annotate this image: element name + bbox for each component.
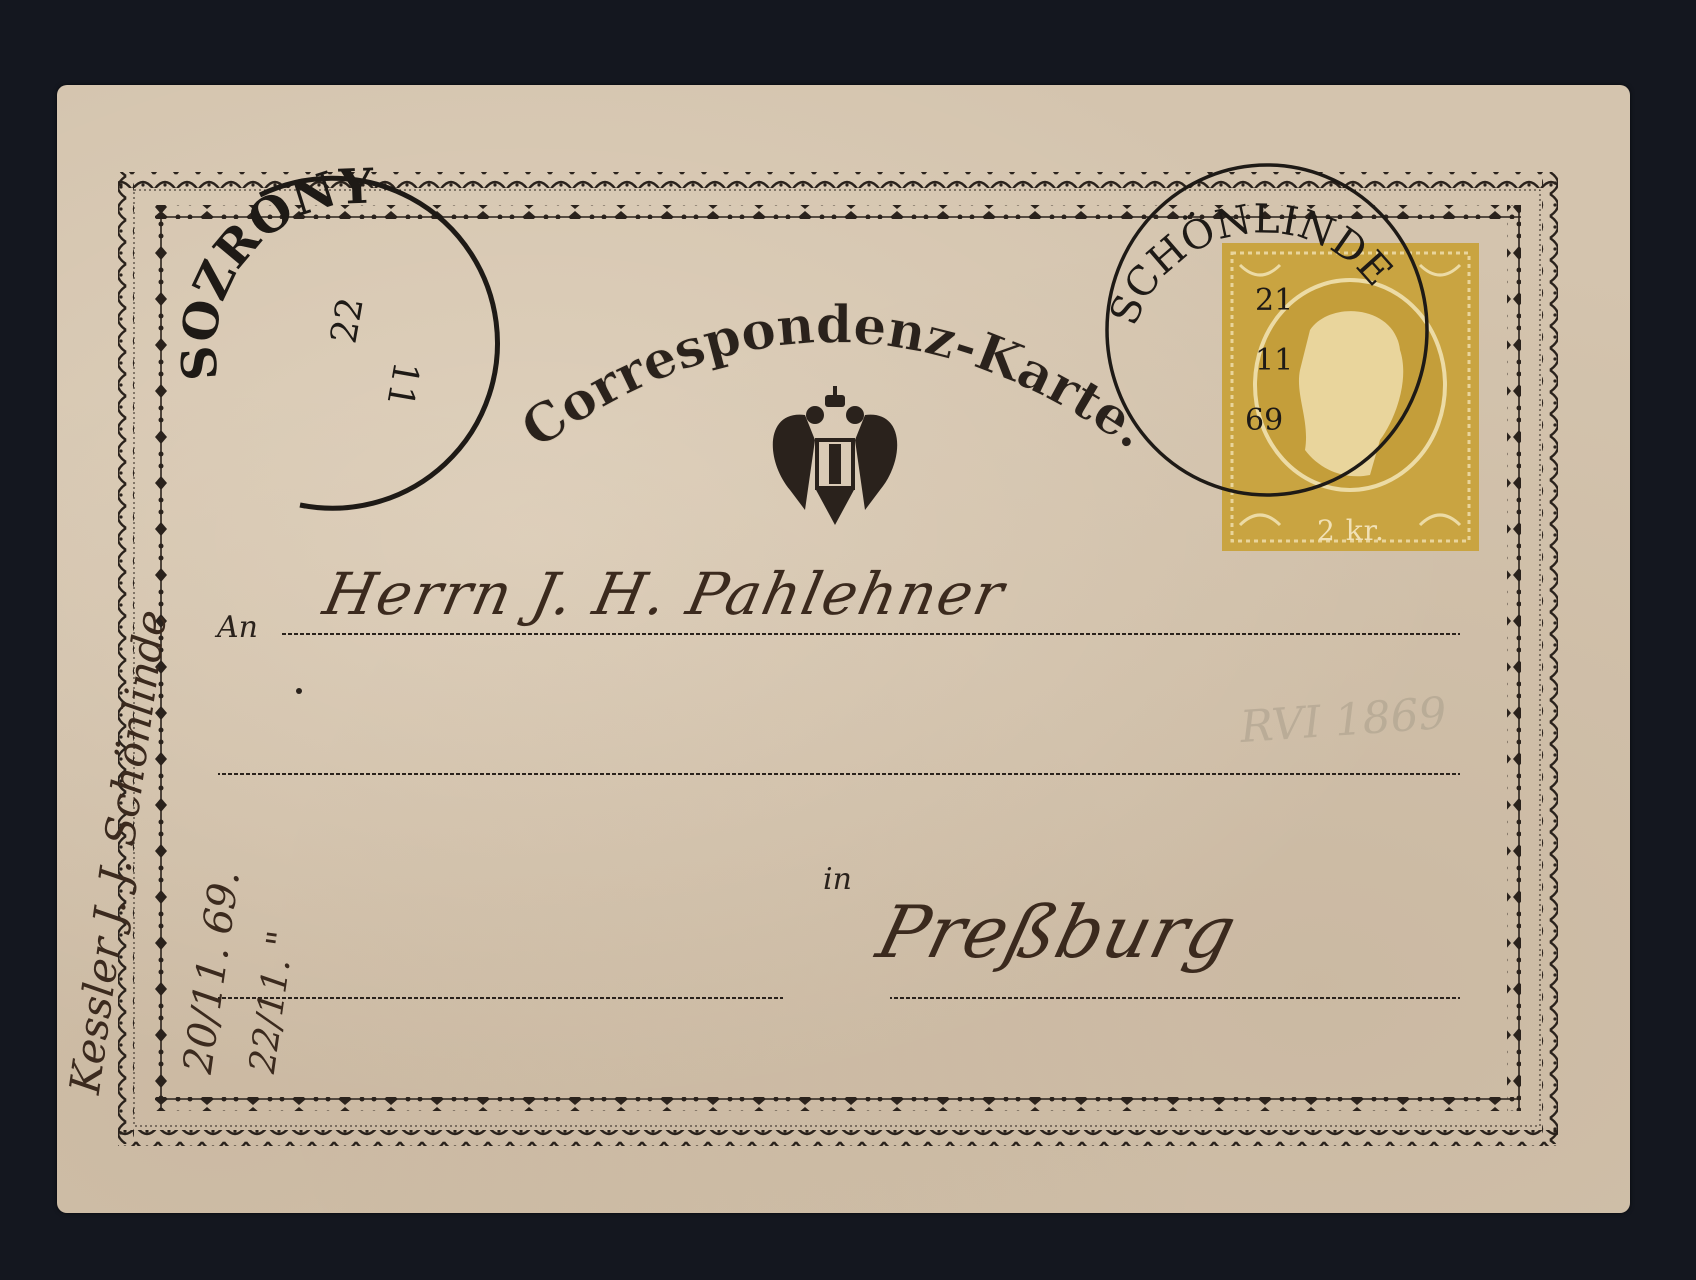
stamp-value: 2 kr. [1317, 514, 1385, 547]
svg-text:22: 22 [323, 294, 371, 346]
svg-text:11: 11 [378, 358, 426, 410]
address-label: An [217, 610, 258, 645]
svg-text:69: 69 [1245, 403, 1283, 438]
svg-text:11: 11 [1255, 343, 1293, 378]
addressee-handwritten: Herrn J. H. Pahlehner [318, 560, 1012, 628]
city-label: in [823, 862, 852, 897]
city-handwritten: Preßburg [870, 890, 1245, 974]
double-headed-eagle-icon [773, 386, 897, 525]
svg-text:21: 21 [1255, 283, 1293, 318]
svg-text:SOZRONY: SOZRONY [171, 158, 375, 382]
card-title: Correspondenz-Karte. [511, 294, 1160, 460]
